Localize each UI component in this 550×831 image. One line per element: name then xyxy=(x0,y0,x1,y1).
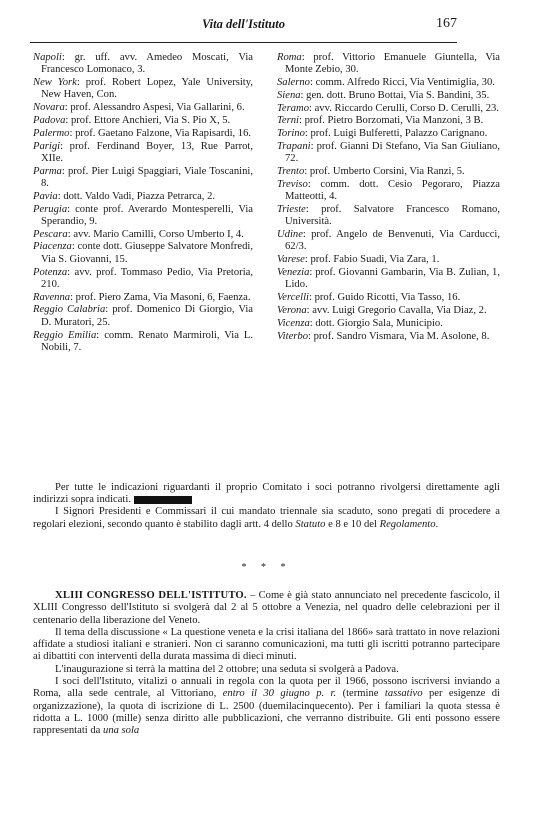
congress-paragraph-1: XLIII CONGRESSO DELL'ISTITUTO. – Come è … xyxy=(33,590,500,627)
city-name: Roma xyxy=(277,52,302,63)
committee-address: avv. Riccardo Cerulli, Corso D. Cerulli,… xyxy=(315,103,499,114)
committee-address: prof. Ettore Anchieri, Via S. Pio X, 5. xyxy=(71,115,230,126)
committee-list-left: Napoli: gr. uff. avv. Amedeo Moscati, Vi… xyxy=(33,52,253,355)
committee-entry: Pescara: avv. Mario Camilli, Corso Umber… xyxy=(33,229,253,241)
city-name: Pescara xyxy=(33,229,68,240)
committee-entry: Napoli: gr. uff. avv. Amedeo Moscati, Vi… xyxy=(33,52,253,77)
city-name: Teramo xyxy=(277,103,309,114)
committee-address: prof. Pietro Borzomati, Via Manzoni, 3 B… xyxy=(305,115,484,126)
committee-address: prof. Angelo de Benvenuti, Via Carducci,… xyxy=(285,229,500,252)
committee-entry: Reggio Calabria: prof. Domenico Di Giorg… xyxy=(33,304,253,329)
note-paragraph-1: Per tutte le indicazioni riguardanti il … xyxy=(33,482,500,506)
committee-address: dott. Giorgio Sala, Municipio. xyxy=(315,318,443,329)
committee-address: avv. Luigi Gregorio Cavalla, Via Diaz, 2… xyxy=(312,305,486,316)
committee-address: prof. Pier Luigi Spaggiari, Viale Toscan… xyxy=(41,166,253,189)
committee-entry: Trapani: prof. Gianni Di Stefano, Via Sa… xyxy=(277,141,500,166)
committee-entry: Novara: prof. Alessandro Aspesi, Via Gal… xyxy=(33,102,253,114)
city-name: Vicenza xyxy=(277,318,310,329)
city-name: Trapani xyxy=(277,141,311,152)
committee-entry: Terni: prof. Pietro Borzomati, Via Manzo… xyxy=(277,115,500,127)
committee-address: prof. Ferdinand Boyer, 13, Rue Parrot, X… xyxy=(41,141,253,164)
city-name: Viterbo xyxy=(277,331,308,342)
city-name: Reggio Emilia xyxy=(33,330,96,341)
committee-entry: Udine: prof. Angelo de Benvenuti, Via Ca… xyxy=(277,229,500,254)
committee-entry: Padova: prof. Ettore Anchieri, Via S. Pi… xyxy=(33,115,253,127)
committee-address: prof. Alessandro Aspesi, Via Gallarini, … xyxy=(70,102,244,113)
committee-address: comm. Alfredo Ricci, Via Ventimiglia, 30… xyxy=(316,77,495,88)
city-name: Palermo xyxy=(33,128,69,139)
city-name: Potenza xyxy=(33,267,67,278)
committee-address: prof. Luigi Bulferetti, Palazzo Carignan… xyxy=(310,128,487,139)
city-name: Vercelli xyxy=(277,292,309,303)
committee-entry: Teramo: avv. Riccardo Cerulli, Corso D. … xyxy=(277,103,500,115)
committee-entry: Verona: avv. Luigi Gregorio Cavalla, Via… xyxy=(277,305,500,317)
city-name: New York xyxy=(33,77,77,88)
congress-paragraph-3: L'inaugurazione si terrà la mattina del … xyxy=(33,664,500,676)
committee-entry: Torino: prof. Luigi Bulferetti, Palazzo … xyxy=(277,128,500,140)
city-name: Padova xyxy=(33,115,65,126)
city-name: Treviso xyxy=(277,179,308,190)
city-name: Pavia xyxy=(33,191,58,202)
city-name: Novara xyxy=(33,102,65,113)
committee-entry: Potenza: avv. prof. Tommaso Pedio, Via P… xyxy=(33,267,253,292)
congress-paragraph-2: Il tema della discussione « La questione… xyxy=(33,627,500,664)
city-name: Verona xyxy=(277,305,307,316)
committee-entry: New York: prof. Robert Lopez, Yale Unive… xyxy=(33,77,253,102)
city-name: Salerno xyxy=(277,77,310,88)
city-name: Torino xyxy=(277,128,305,139)
committee-entry: Ravenna: prof. Piero Zama, Via Masoni, 6… xyxy=(33,292,253,304)
city-name: Udine xyxy=(277,229,303,240)
notes-section: Per tutte le indicazioni riguardanti il … xyxy=(33,482,500,531)
city-name: Varese xyxy=(277,254,305,265)
committee-address: prof. Sandro Vismara, Via M. Asolone, 8. xyxy=(314,331,490,342)
committee-entry: Vicenza: dott. Giorgio Sala, Municipio. xyxy=(277,318,500,330)
city-name: Trento xyxy=(277,166,304,177)
committee-list-right: Roma: prof. Vittorio Emanuele Giuntella,… xyxy=(277,52,500,343)
committee-address: prof. Vittorio Emanuele Giuntella, Via M… xyxy=(285,52,500,75)
committee-entry: Parma: prof. Pier Luigi Spaggiari, Viale… xyxy=(33,166,253,191)
city-name: Venezia xyxy=(277,267,309,278)
city-name: Ravenna xyxy=(33,292,70,303)
running-header: Vita dell'Istituto 167 xyxy=(30,14,457,32)
committee-address: prof. Umberto Corsini, Via Ranzi, 5. xyxy=(310,166,465,177)
committee-entry: Siena: gen. dott. Bruno Bottai, Via S. B… xyxy=(277,90,500,102)
committee-address: prof. Fabio Suadi, Via Zara, 1. xyxy=(310,254,439,265)
committee-entry: Trieste: prof. Salvatore Francesco Roman… xyxy=(277,204,500,229)
city-name: Piacenza xyxy=(33,241,72,252)
page-number: 167 xyxy=(436,16,457,32)
committee-entry: Trento: prof. Umberto Corsini, Via Ranzi… xyxy=(277,166,500,178)
committee-entry: Palermo: prof. Gaetano Falzone, Via Rapi… xyxy=(33,128,253,140)
committee-entry: Roma: prof. Vittorio Emanuele Giuntella,… xyxy=(277,52,500,77)
city-name: Parigi xyxy=(33,141,60,152)
redaction-mark xyxy=(134,496,192,504)
committee-address: gen. dott. Bruno Bottai, Via S. Bandini,… xyxy=(306,90,489,101)
city-name: Terni xyxy=(277,115,299,126)
committee-entry: Venezia: prof. Giovanni Gambarin, Via B.… xyxy=(277,267,500,292)
section-separator: * * * xyxy=(33,562,500,573)
note-paragraph-2: I Signori Presidenti e Commissari il cui… xyxy=(33,506,500,530)
header-title: Vita dell'Istituto xyxy=(30,17,457,32)
committee-entry: Perugia: conte prof. Averardo Montespere… xyxy=(33,204,253,229)
committee-entry: Piacenza: conte dott. Giuseppe Salvatore… xyxy=(33,241,253,266)
committee-entry: Parigi: prof. Ferdinand Boyer, 13, Rue P… xyxy=(33,141,253,166)
city-name: Reggio Calabria xyxy=(33,304,105,315)
congress-section: XLIII CONGRESSO DELL'ISTITUTO. – Come è … xyxy=(33,590,500,738)
city-name: Napoli xyxy=(33,52,62,63)
committee-entry: Treviso: comm. dott. Cesio Pegoraro, Pia… xyxy=(277,179,500,204)
committee-address: prof. Giovanni Gambarin, Via B. Zulian, … xyxy=(285,267,500,290)
committee-address: prof. Gaetano Falzone, Via Rapisardi, 16… xyxy=(75,128,251,139)
congress-paragraph-4: I soci dell'Istituto, vitalizi o annuali… xyxy=(33,676,500,737)
committee-address: avv. Mario Camilli, Corso Umberto I, 4. xyxy=(73,229,244,240)
committee-entry: Viterbo: prof. Sandro Vismara, Via M. As… xyxy=(277,331,500,343)
committee-entry: Reggio Emilia: comm. Renato Marmiroli, V… xyxy=(33,330,253,355)
committee-address: prof. Piero Zama, Via Masoni, 6, Faenza. xyxy=(76,292,251,303)
committee-entry: Pavia: dott. Valdo Vadi, Piazza Petrarca… xyxy=(33,191,253,203)
committee-entry: Varese: prof. Fabio Suadi, Via Zara, 1. xyxy=(277,254,500,266)
committee-entry: Salerno: comm. Alfredo Ricci, Via Ventim… xyxy=(277,77,500,89)
city-name: Trieste xyxy=(277,204,306,215)
congress-heading: XLIII CONGRESSO DELL'ISTITUTO. xyxy=(55,590,247,601)
city-name: Siena xyxy=(277,90,301,101)
document-page: Vita dell'Istituto 167 Napoli: gr. uff. … xyxy=(0,0,550,831)
city-name: Parma xyxy=(33,166,62,177)
city-name: Perugia xyxy=(33,204,67,215)
committee-address: prof. Gianni Di Stefano, Via San Giulian… xyxy=(285,141,500,164)
committee-address: dott. Valdo Vadi, Piazza Petrarca, 2. xyxy=(63,191,215,202)
committee-entry: Vercelli: prof. Guido Ricotti, Via Tasso… xyxy=(277,292,500,304)
committee-address: prof. Guido Ricotti, Via Tasso, 16. xyxy=(315,292,461,303)
header-rule xyxy=(30,42,457,43)
